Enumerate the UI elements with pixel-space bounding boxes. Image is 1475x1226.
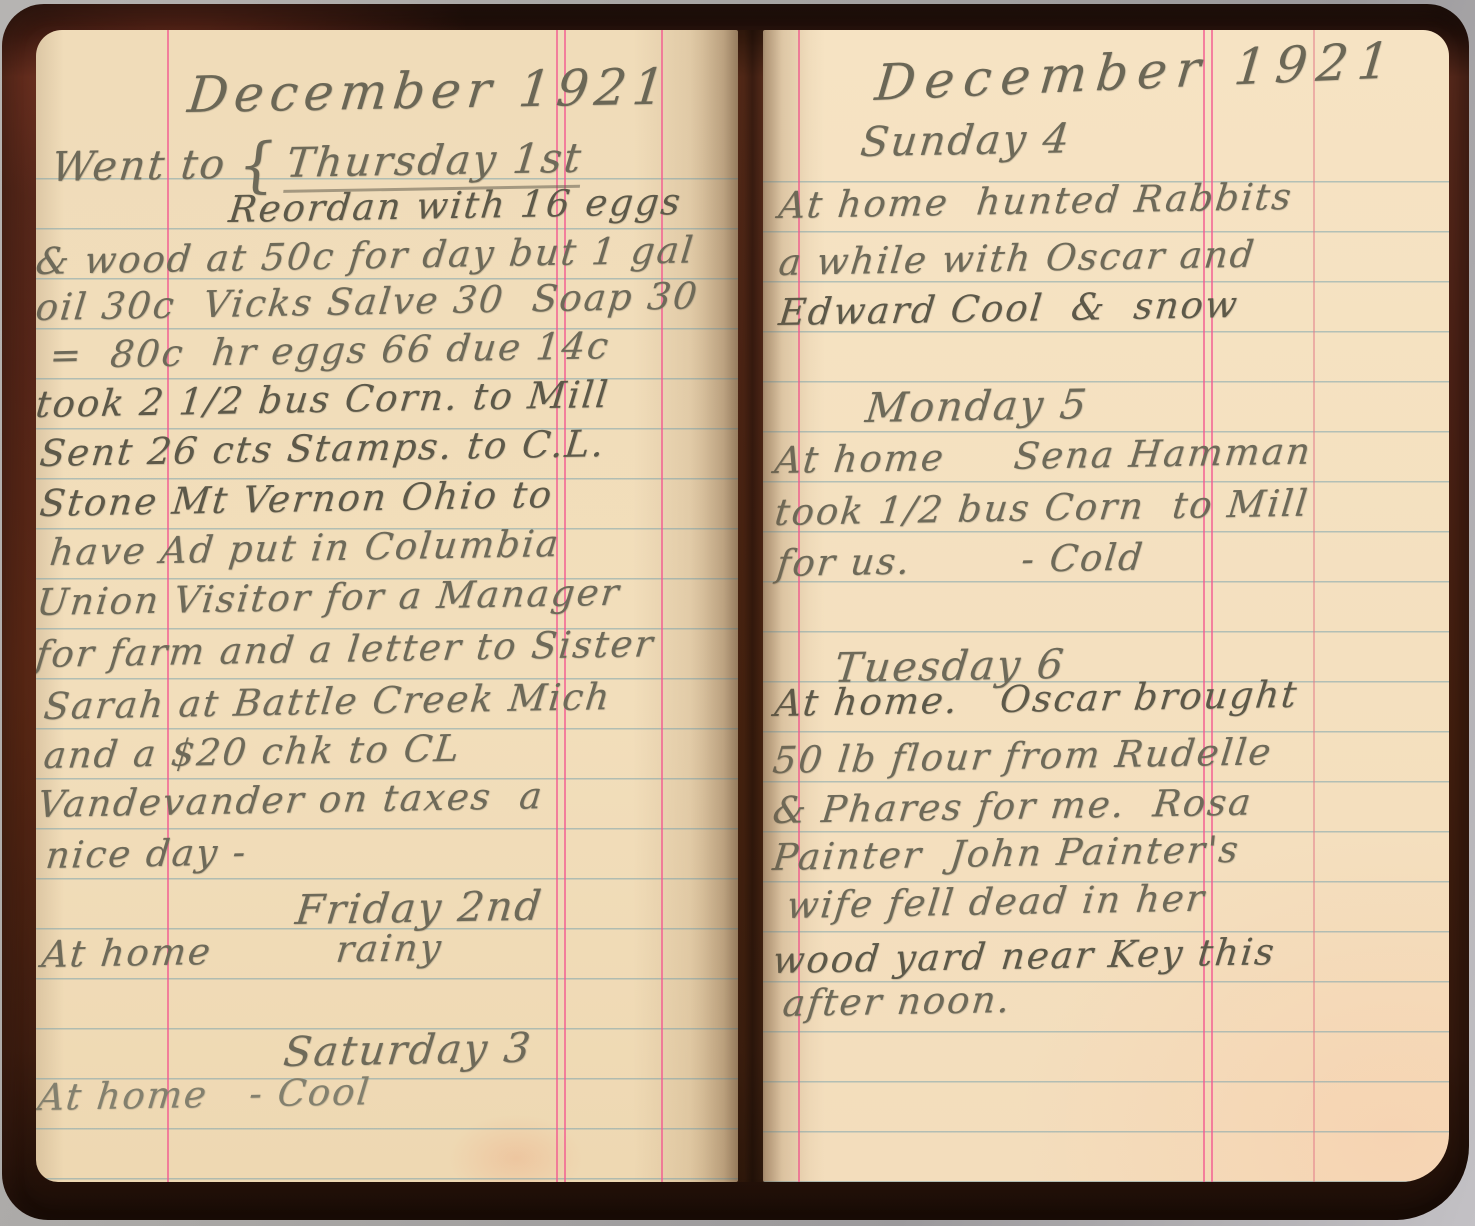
diary-line: Vandevander on taxes a <box>36 776 546 825</box>
diary-line: At home hunted Rabbits <box>777 177 1295 227</box>
diary-line: Reordan with 16 eggs <box>227 182 684 231</box>
diary-line: 50 lb flour from Rudelle <box>771 732 1275 781</box>
diary-line: wood yard near Key this <box>771 932 1278 981</box>
diary-line: At home rainy <box>40 928 445 976</box>
month-title-left: December 1921 <box>185 60 673 123</box>
entry-heading-saturday-3: Saturday 3 <box>281 1026 534 1075</box>
diary-line: Edward Cool & snow <box>777 285 1241 334</box>
diary-line: Stone Mt Vernon Ohio to <box>38 475 556 525</box>
diary-line: a while with Oscar and <box>777 235 1258 284</box>
entry-heading-sunday-4: Sunday 4 <box>858 116 1073 165</box>
photo-background: December 1921 Went to{Thursday 1st Reord… <box>0 0 1475 1226</box>
left-page: December 1921 Went to{Thursday 1st Reord… <box>36 30 738 1182</box>
diary-line: At home - Cool <box>36 1072 373 1118</box>
diary-line: & Phares for me. Rosa <box>771 783 1255 832</box>
diary-line: wife fell dead in her <box>785 879 1208 927</box>
diary-line: after noon. <box>781 980 1014 1025</box>
pink-column-line <box>1313 30 1315 1182</box>
diary-line: and a $20 chk to CL <box>42 729 463 777</box>
diary-line: have Ad put in Columbia <box>48 524 562 574</box>
month-title-right: December 1921 <box>873 33 1401 111</box>
entry-heading-monday-5: Monday 5 <box>863 382 1090 431</box>
went-to-text: Went to <box>49 140 229 191</box>
diary-line: for us. - Cold <box>775 538 1146 585</box>
diary-line: nice day - <box>44 832 250 876</box>
right-page: December 1921 Sunday 4 At home hunted Ra… <box>763 30 1449 1182</box>
diary-line: Painter John Painter's <box>771 830 1242 879</box>
